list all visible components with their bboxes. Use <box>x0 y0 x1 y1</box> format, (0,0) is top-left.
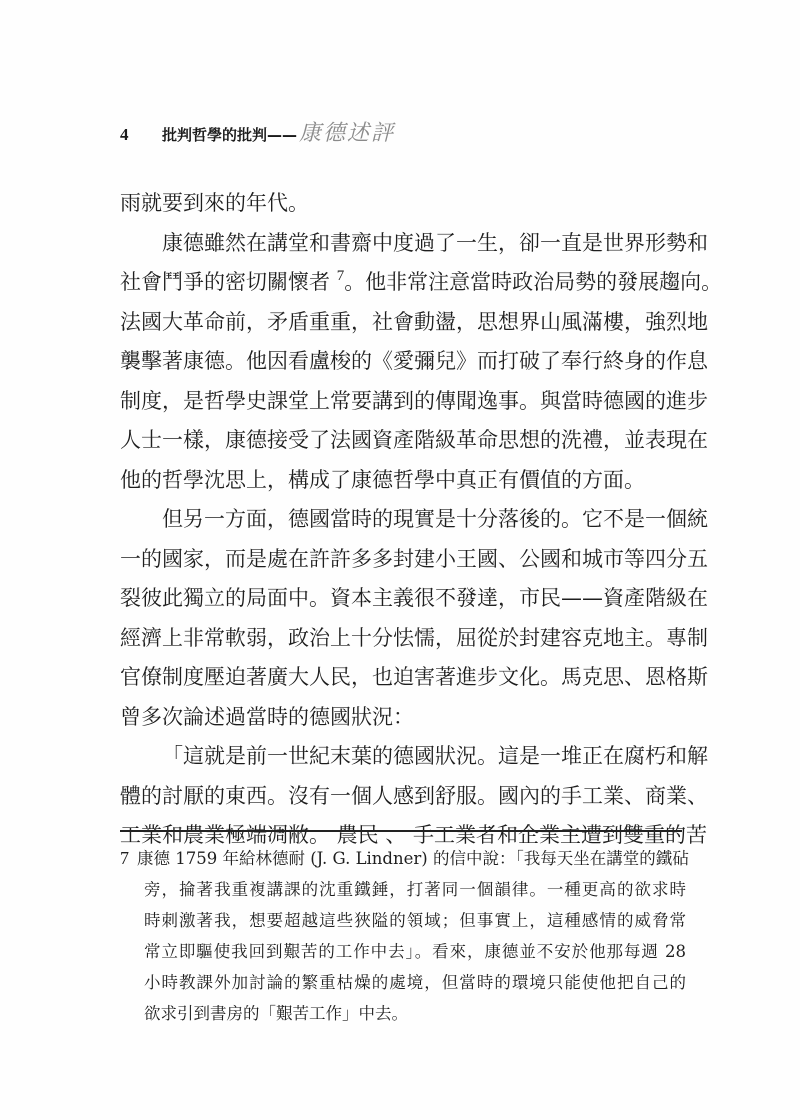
text-line: 曾多次論述過當時的德國狀況： <box>120 698 686 738</box>
text-segment: 社會鬥爭的密切關懷者 <box>120 270 330 294</box>
footnote-line: 小時教課外加討論的繁重枯燥的處境，但當時的環境只能使他把自己的 <box>120 967 686 998</box>
text-line: 他的哲學沈思上，構成了康德哲學中真正有價值的方面。 <box>120 461 686 501</box>
main-text: 雨就要到來的年代。 康德雖然在講堂和書齋中度過了一生，卻一直是世界形勢和 社會鬥… <box>120 184 686 856</box>
page-number: 4 <box>120 125 162 145</box>
footnote-block: 7康德 1759 年給林德耐 (J. G. Lindner) 的信中說：「我每天… <box>120 843 686 1029</box>
text-line: 制度，是哲學史課堂上常要講到的傳聞逸事。與當時德國的進步 <box>120 382 686 422</box>
text-segment: 。他非常注意當時政治局勢的發展趨向。 <box>344 270 722 294</box>
book-subtitle: 康德述評 <box>299 116 395 147</box>
quote-line: 「這就是前一世紀末葉的德國狀況。這是一堆正在腐朽和解 <box>120 737 686 777</box>
footnote-text: 康德 1759 年給林德耐 (J. G. Lindner) 的信中說：「我每天坐… <box>137 849 689 868</box>
text-line: 一的國家，而是處在許許多多封建小王國、公國和城市等四分五 <box>120 540 686 580</box>
footnote-line: 旁，掄著我重複講課的沈重鐵錘，打著同一個韻律。一種更高的欲求時 <box>120 874 686 905</box>
footnote-line: 常立即驅使我回到艱苦的工作中去」。看來，康德並不安於他那每週 28 <box>120 936 686 967</box>
text-line: 經濟上非常軟弱，政治上十分怯懦，屈從於封建容克地主。專制 <box>120 619 686 659</box>
text-line: 康德雖然在講堂和書齋中度過了一生，卻一直是世界形勢和 <box>120 224 686 264</box>
footnote-divider <box>120 830 682 832</box>
text-line: 人士一樣，康德接受了法國資產階級革命思想的洗禮，並表現在 <box>120 421 686 461</box>
text-line: 襲擊著康德。他因看盧梭的《愛彌兒》而打破了奉行終身的作息 <box>120 342 686 382</box>
running-head: 4 批判哲學的批判—— 康德述評 <box>120 116 395 146</box>
footnote-line: 7康德 1759 年給林德耐 (J. G. Lindner) 的信中說：「我每天… <box>120 843 686 874</box>
book-title: 批判哲學的批判—— <box>162 124 297 145</box>
footnote-line: 欲求引到書房的「艱苦工作」中去。 <box>120 998 686 1029</box>
text-line: 裂彼此獨立的局面中。資本主義很不發達，市民——資產階級在 <box>120 579 686 619</box>
quote-line: 體的討厭的東西。沒有一個人感到舒服。國內的手工業、商業、 <box>120 777 686 817</box>
text-line: 官僚制度壓迫著廣大人民，也迫害著進步文化。馬克思、恩格斯 <box>120 658 686 698</box>
text-line: 雨就要到來的年代。 <box>120 184 686 224</box>
text-line: 但另一方面，德國當時的現實是十分落後的。它不是一個統 <box>120 500 686 540</box>
footnote-line: 時刺激著我，想要超越這些狹隘的領域；但事實上，這種感情的威脅常 <box>120 905 686 936</box>
text-line-with-footnote: 社會鬥爭的密切關懷者 7。他非常注意當時政治局勢的發展趨向。 <box>120 263 686 303</box>
book-page: 4 批判哲學的批判—— 康德述評 雨就要到來的年代。 康德雖然在講堂和書齋中度過… <box>0 0 800 1120</box>
text-line: 法國大革命前，矛盾重重，社會動盪，思想界山風滿樓，強烈地 <box>120 303 686 343</box>
footnote-number: 7 <box>120 848 129 868</box>
